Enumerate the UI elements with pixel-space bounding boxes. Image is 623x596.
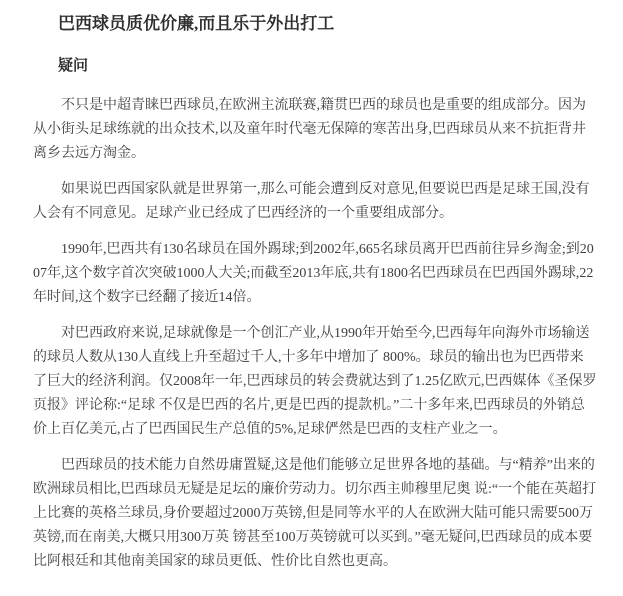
paragraph-5: 巴西球员的技术能力自然毋庸置疑,这是他们能够立足世界各地的基础。与“精养”出来的… (33, 454, 597, 574)
section-heading: 疑问 (58, 58, 597, 75)
paragraph-4: 对巴西政府来说,足球就像是一个创汇产业,从1990年开始至今,巴西每年向海外市场… (33, 322, 597, 442)
article-title: 巴西球员质优价廉,而且乐于外出打工 (58, 14, 597, 33)
paragraph-2: 如果说巴西国家队就是世界第一,那么可能会遭到反对意见,但要说巴西是足球王国,没有… (33, 178, 597, 226)
paragraph-1: 不只是中超青睐巴西球员,在欧洲主流联赛,籍贯巴西的球员也是重要的组成部分。因为从… (33, 94, 597, 166)
paragraph-3: 1990年,巴西共有130名球员在国外踢球;到2002年,665名球员离开巴西前… (33, 238, 597, 310)
article-page: 巴西球员质优价廉,而且乐于外出打工 疑问 不只是中超青睐巴西球员,在欧洲主流联赛… (0, 0, 623, 596)
